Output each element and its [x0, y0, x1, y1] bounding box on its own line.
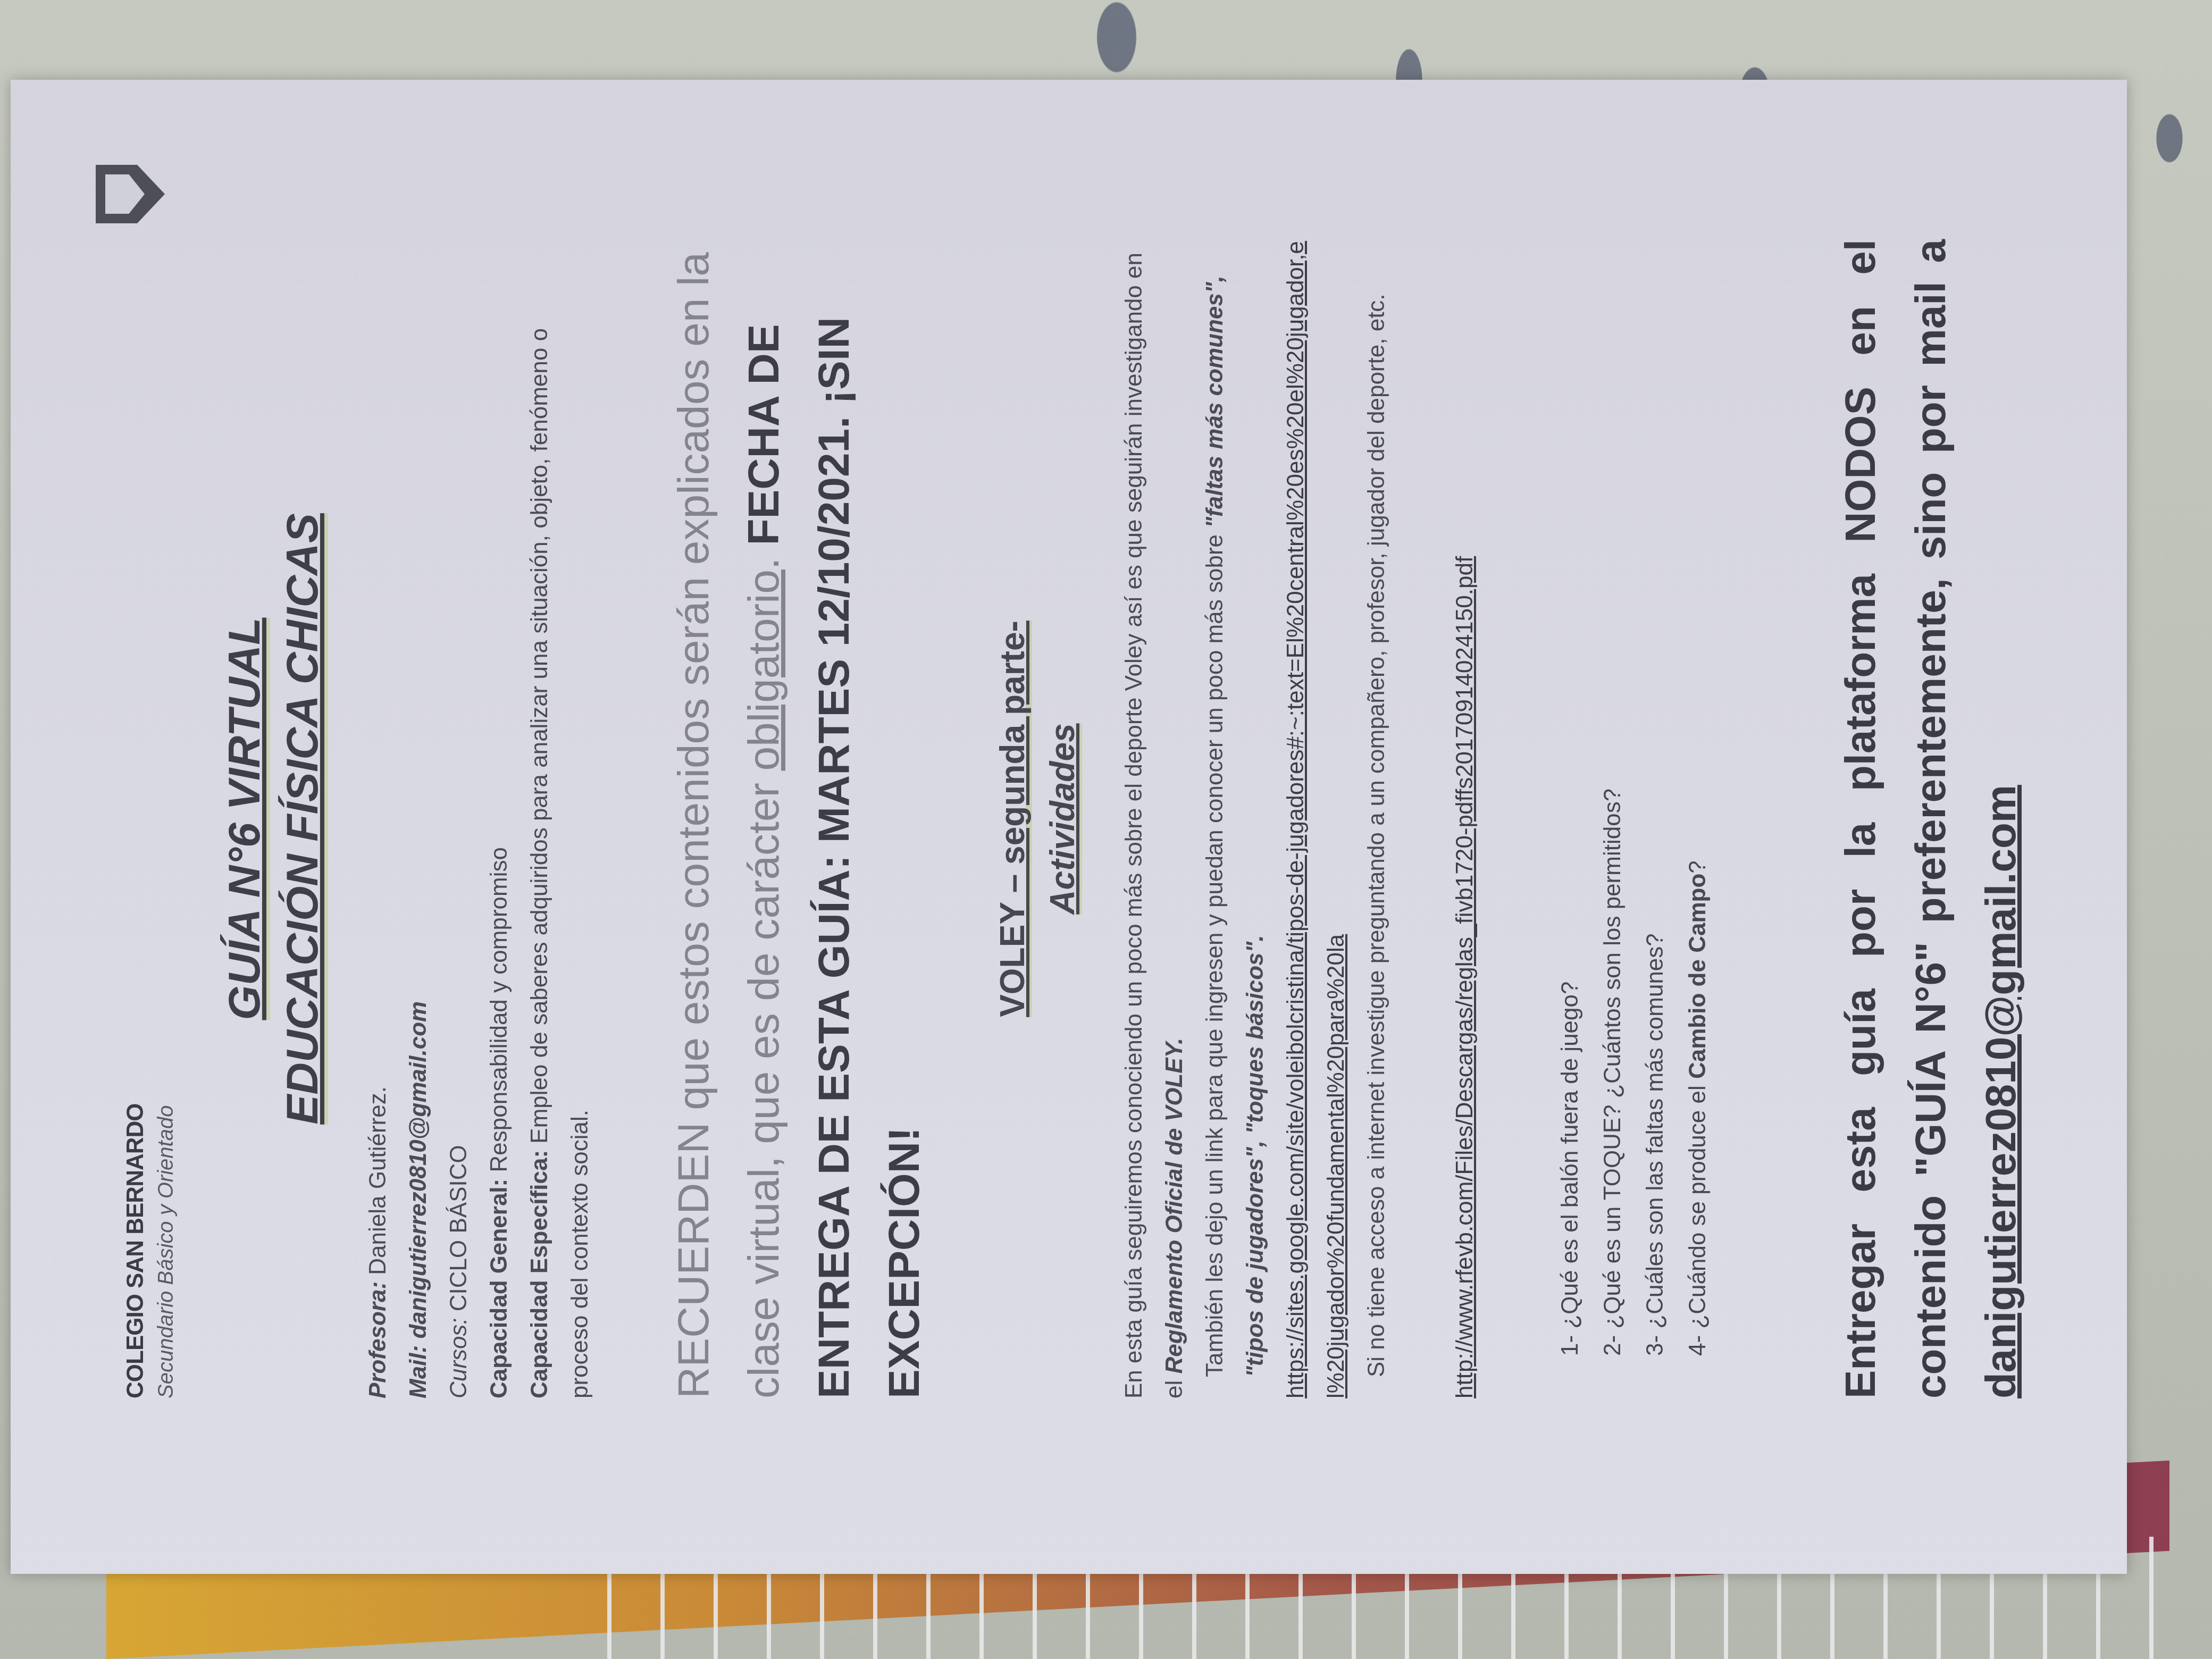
specific-capacity-label: Capacidad Específica: [526, 1150, 552, 1398]
question-item: 1- ¿Qué es el balón fuera de juego? [1549, 239, 1591, 1356]
question-number: 2- [1599, 1335, 1626, 1356]
link-intro-text: También les dejo un link para que ingres… [1202, 528, 1228, 1377]
reminder-punct: . [740, 546, 788, 570]
section-title: VOLEY – segunda parte- [993, 621, 1032, 1017]
courses-label: Cursos: [446, 1318, 472, 1398]
no-internet-text: Si no tiene acceso a internet investigue… [1356, 239, 1397, 1398]
guide-info: Profesora: Daniela Gutiérrez. Mail: dani… [358, 239, 600, 1398]
spacer [1397, 239, 1445, 1398]
question-text: ¿Qué es el balón fuera de juego? [1557, 982, 1583, 1329]
intro-paragraph: En esta guía seguiremos conociendo un po… [1114, 239, 1195, 1398]
reminder-paragraph: RECUERDEN que estos contenidos serán exp… [659, 239, 940, 1398]
link-paragraph: También les dejo un link para que ingres… [1195, 239, 1276, 1398]
reminder-obligatory: obligatorio [740, 569, 788, 770]
volleyball-players-link[interactable]: https://sites.google.com/site/voleibolcr… [1276, 239, 1356, 1398]
question-item: 3- ¿Cuáles son las faltas más comunes? [1634, 239, 1677, 1356]
school-subtitle: Secundario Básico y Orientado [154, 239, 178, 1398]
delivery-instructions: Entregar esta guía por la plataforma NOD… [1825, 239, 2036, 1398]
question-text: ¿Cuáles son las faltas más comunes? [1642, 933, 1668, 1328]
question-text: ¿Qué es un TOQUE? ¿Cuántos son los permi… [1599, 789, 1626, 1329]
general-capacity-label: Capacidad General: [486, 1179, 512, 1398]
subject-title: EDUCACIÓN FÍSICA CHICAS [276, 513, 328, 1125]
mail-label: Mail: [405, 1345, 431, 1398]
teacher-value: Daniela Gutiérrez. [365, 1086, 391, 1275]
question-item: 4- ¿Cuándo se produce el Cambio de Campo… [1677, 239, 1719, 1356]
question-suffix: ? [1685, 860, 1711, 873]
teacher-label: Profesora: [365, 1281, 391, 1398]
courses-line: Cursos: CICLO BÁSICO [439, 239, 479, 1398]
school-crest-icon [96, 165, 165, 223]
specific-capacity-line: Capacidad Específica: Empleo de saberes … [520, 239, 600, 1398]
printed-guide-page: COLEGIO SAN BERNARDO Secundario Básico y… [11, 80, 2127, 1574]
guide-title: GUÍA N°6 VIRTUAL [219, 618, 270, 1020]
guide-title-block: GUÍA N°6 VIRTUAL EDUCACIÓN FÍSICA CHICAS [215, 239, 331, 1398]
question-item: 2- ¿Qué es un TOQUE? ¿Cuántos son los pe… [1591, 239, 1634, 1356]
question-number: 3- [1642, 1335, 1668, 1356]
question-text: ¿Cuándo se produce el [1685, 1079, 1711, 1329]
delivery-email[interactable]: danigutierrez0810@gmail.com [1977, 785, 2024, 1398]
school-name: COLEGIO SAN BERNARDO [122, 239, 149, 1398]
questions-list: 1- ¿Qué es el balón fuera de juego? 2- ¿… [1549, 239, 1719, 1398]
activities-body: En esta guía seguiremos conociendo un po… [1114, 239, 1485, 1398]
general-capacity-line: Capacidad General: Responsabilidad y com… [479, 239, 520, 1398]
delivery-text: Entregar esta guía por la plataforma NOD… [1837, 239, 1954, 1398]
teacher-line: Profesora: Daniela Gutiérrez. [358, 239, 398, 1398]
fivb-rules-link[interactable]: http://www.rfevb.com/Files/Descargas/reg… [1445, 239, 1485, 1398]
question-number: 1- [1557, 1335, 1583, 1356]
courses-value: CICLO BÁSICO [446, 1145, 472, 1311]
paper-sheet-container: COLEGIO SAN BERNARDO Secundario Básico y… [11, 80, 2127, 1574]
mail-value: danigutierrez0810@gmail.com [405, 1001, 431, 1339]
question-bold: Cambio de Campo [1685, 874, 1711, 1079]
activities-title: Actividades [1043, 723, 1082, 914]
section-heading: VOLEY – segunda parte- Actividades [987, 239, 1087, 1398]
mail-line: Mail: danigutierrez0810@gmail.com [398, 239, 439, 1398]
question-number: 4- [1685, 1335, 1711, 1356]
regulation-name: Reglamento Oficial de VOLEY. [1161, 1038, 1187, 1374]
general-capacity-value: Responsabilidad y compromiso [486, 847, 512, 1172]
